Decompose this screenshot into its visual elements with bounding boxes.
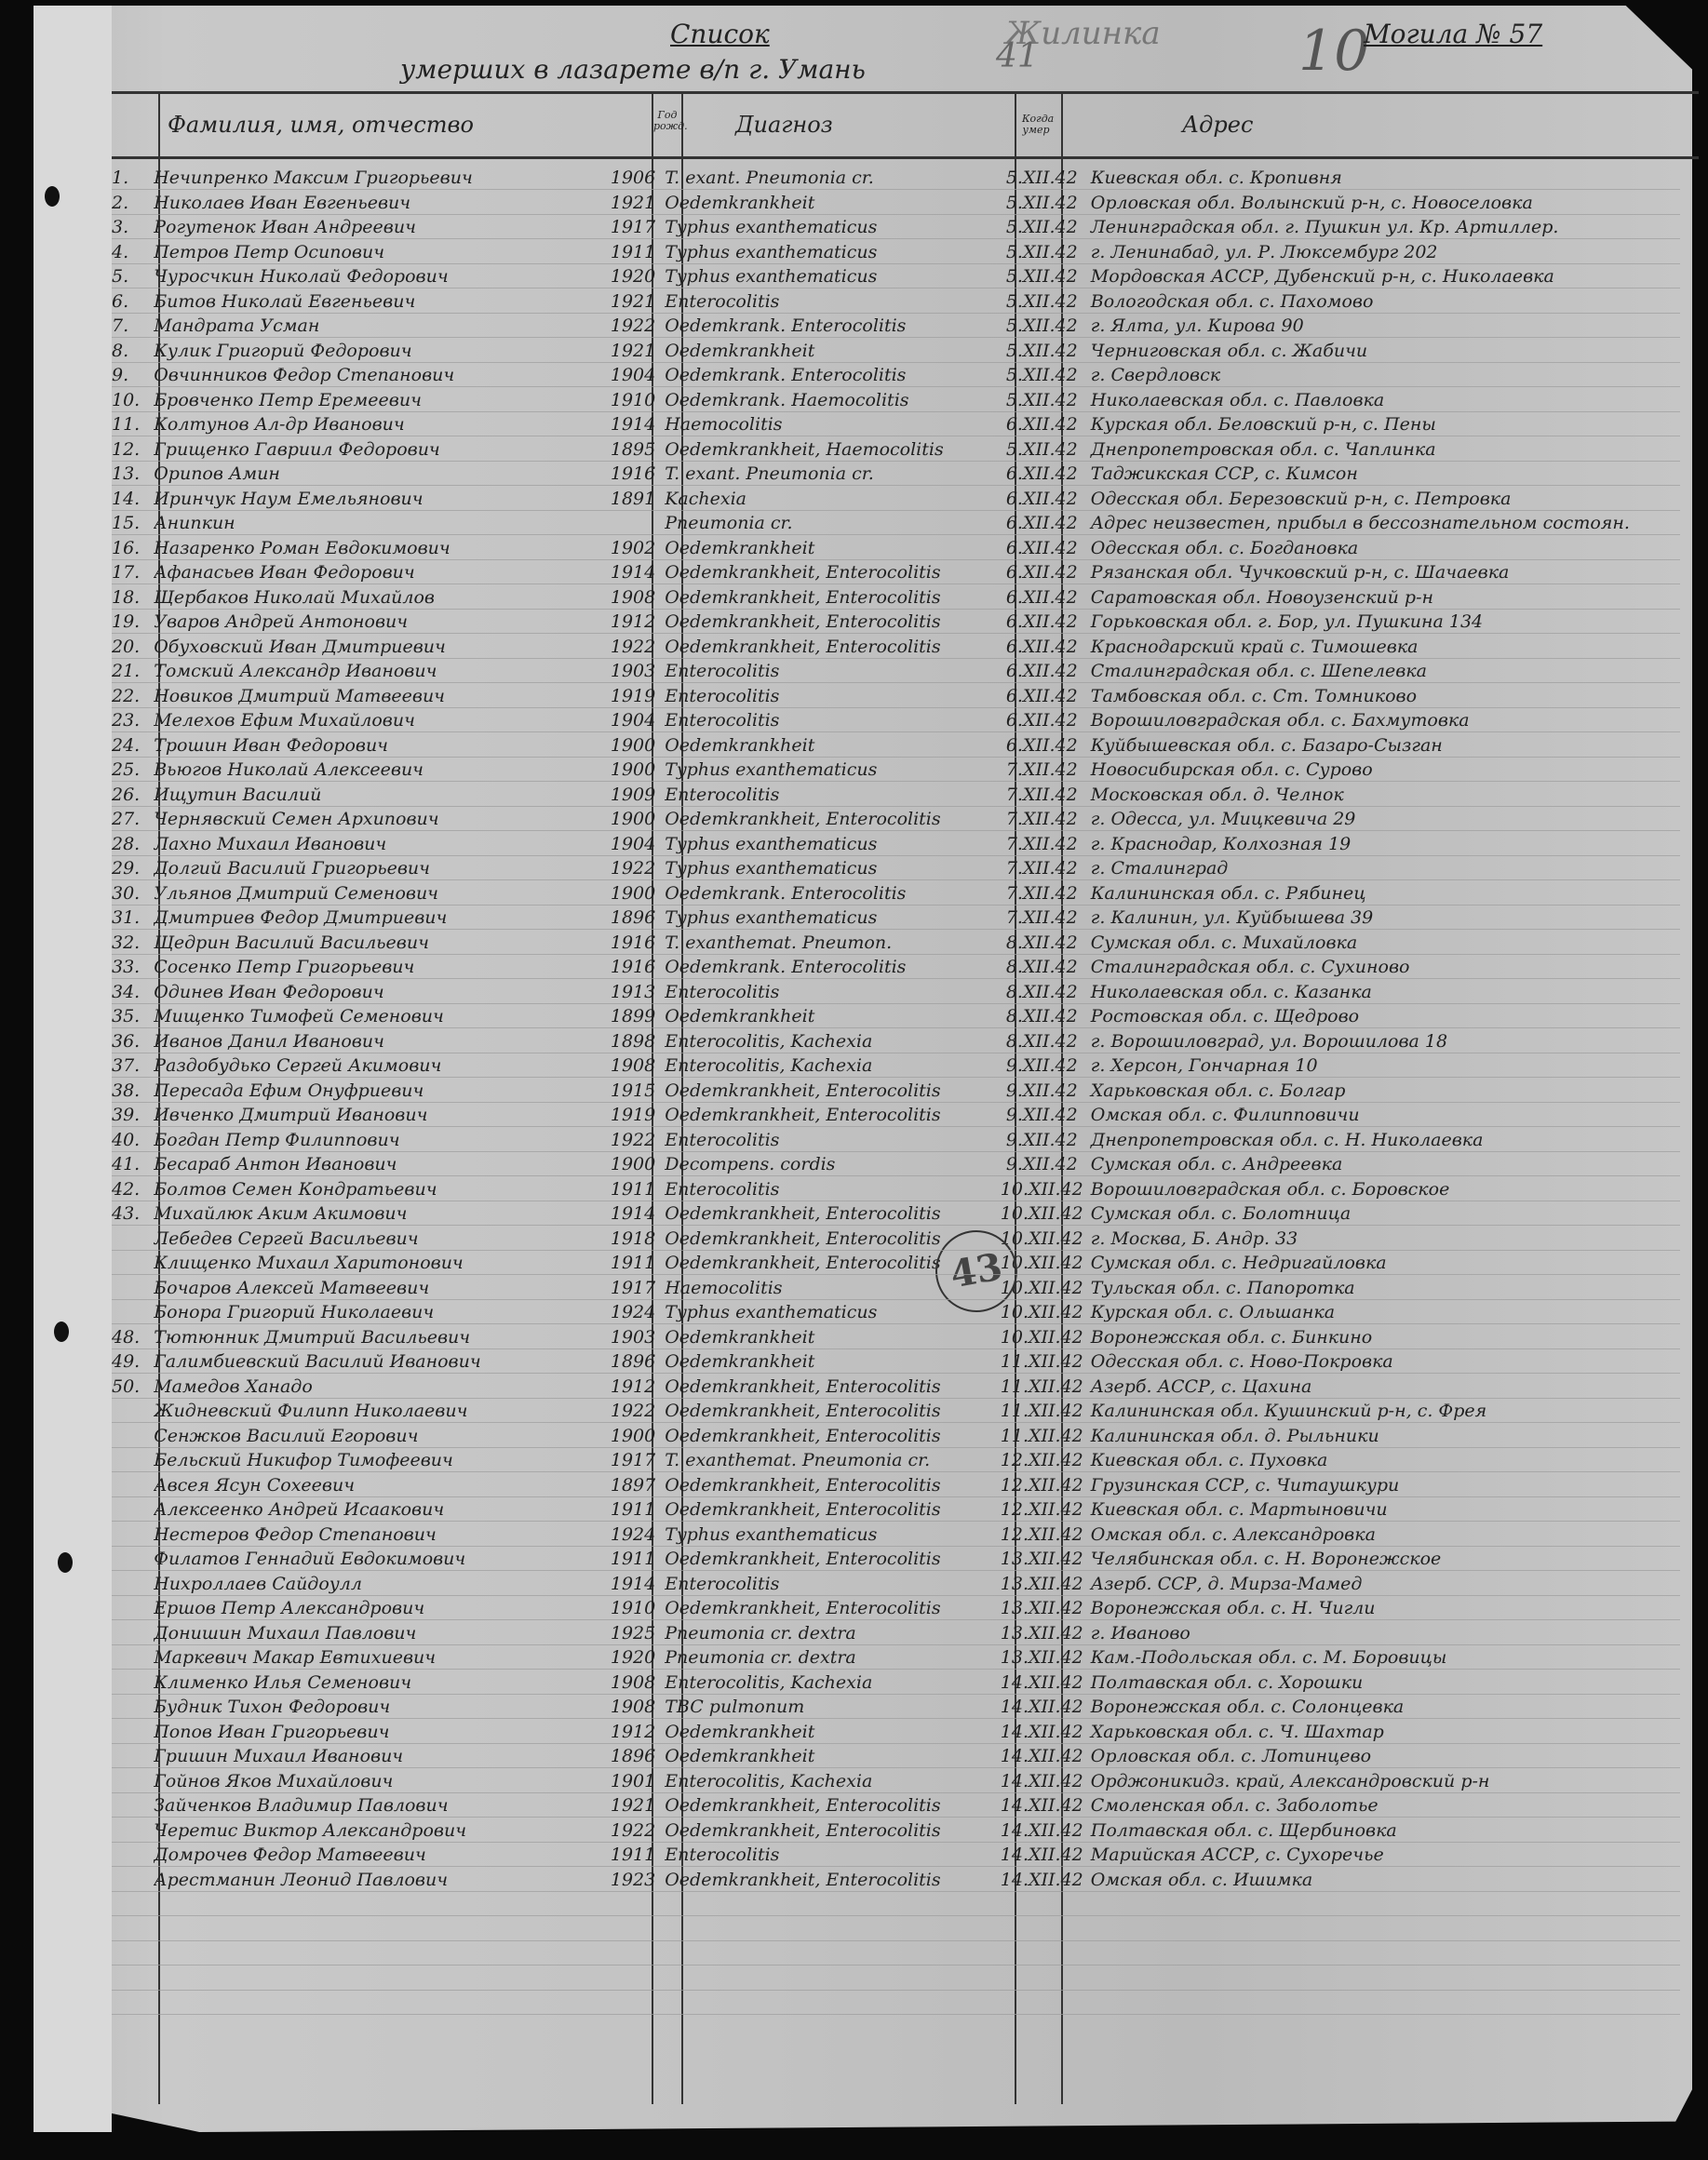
person-name: Щербаков Николай Михайлов (154, 585, 611, 610)
birth-year: 1902 (611, 536, 655, 561)
birth-year: 1896 (611, 1349, 655, 1375)
header-rule-bottom (112, 156, 1699, 159)
row-number: 14. (112, 487, 154, 512)
table-row: 36.Иванов Данил Иванович1898Enterocoliti… (112, 1029, 1708, 1054)
person-name: Ульянов Дмитрий Семенович (154, 881, 611, 906)
diagnosis: Oedemkrankheit, Enterocolitis (655, 585, 1001, 610)
person-name: Гришин Михаил Иванович (154, 1744, 611, 1769)
person-name: Галимбиевский Василий Иванович (154, 1349, 611, 1375)
address: г. Сталинград (1083, 856, 1708, 881)
death-date: 7.XII.42 (1001, 832, 1083, 857)
diagnosis: T. exanthemat. Pneumon. (655, 931, 1001, 956)
row-number (112, 1695, 154, 1720)
diagnosis: Oedemkrankheit (655, 191, 1001, 216)
column-header-name: Фамилия, имя, отчество (168, 112, 474, 138)
ruled-line (112, 1077, 1680, 1078)
birth-year: 1908 (611, 1670, 655, 1696)
birth-year: 1922 (611, 314, 655, 339)
ruled-line (112, 461, 1680, 462)
ruled-line (112, 1323, 1680, 1324)
address: Кам.-Подольская обл. с. М. Боровицы (1083, 1645, 1708, 1670)
address: г. Иваново (1083, 1621, 1708, 1646)
person-name: Маркевич Макар Евтихиевич (154, 1645, 611, 1670)
death-date: 5.XII.42 (1001, 363, 1083, 388)
table-row: 12.Грищенко Гавриил Федорович1895Oedemkr… (112, 437, 1708, 463)
ruled-line (112, 510, 1680, 511)
row-number: 18. (112, 585, 154, 610)
table-row: 19.Уваров Андрей Антонович1912Oedemkrank… (112, 610, 1708, 635)
table-row: 34.Одинев Иван Федорович1913Enterocoliti… (112, 980, 1708, 1005)
death-date: 12.XII.42 (1001, 1448, 1083, 1473)
table-row: 31.Дмитриев Федор Дмитриевич1896Typhus e… (112, 906, 1708, 931)
header-rule-top (112, 91, 1699, 94)
birth-year: 1922 (611, 856, 655, 881)
address: Горьковская обл. г. Бор, ул. Пушкина 134 (1083, 610, 1708, 635)
address: Черниговская обл. с. Жабичи (1083, 339, 1708, 364)
diagnosis: Oedemkrankheit, Enterocolitis (655, 1103, 1001, 1128)
death-date: 8.XII.42 (1001, 1029, 1083, 1054)
row-number: 19. (112, 610, 154, 635)
row-number (112, 1818, 154, 1844)
address: Саратовская обл. Новоузенский р-н (1083, 585, 1708, 610)
row-number (112, 1424, 154, 1449)
address: Орджоникидз. край, Александровский р-н (1083, 1769, 1708, 1794)
ruled-line (112, 1299, 1680, 1300)
ruled-line (112, 214, 1680, 215)
row-number (112, 1497, 154, 1523)
address: Тамбовская обл. с. Ст. Томниково (1083, 684, 1708, 709)
death-date: 6.XII.42 (1001, 560, 1083, 585)
row-number (112, 1621, 154, 1646)
death-date: 14.XII.42 (1001, 1695, 1083, 1720)
row-number: 5. (112, 264, 154, 289)
table-row: 8.Кулик Григорий Федорович1921Oedemkrank… (112, 339, 1708, 364)
person-name: Бельский Никифор Тимофеевич (154, 1448, 611, 1473)
diagnosis: Typhus exanthematicus (655, 856, 1001, 881)
birth-year: 1916 (611, 931, 655, 956)
ruled-line (112, 757, 1680, 758)
diagnosis: Oedemkrankheit, Enterocolitis (655, 1079, 1001, 1104)
death-date: 8.XII.42 (1001, 931, 1083, 956)
row-number: 31. (112, 906, 154, 931)
address: Курская обл. с. Ольшанка (1083, 1300, 1708, 1325)
death-date: 5.XII.42 (1001, 166, 1083, 191)
person-name: Трошин Иван Федорович (154, 733, 611, 758)
address: Ленинградская обл. г. Пушкин ул. Кр. Арт… (1083, 215, 1708, 240)
birth-year: 1910 (611, 388, 655, 413)
person-name: Чуросчкин Николай Федорович (154, 264, 611, 289)
birth-year: 1900 (611, 1424, 655, 1449)
row-number (112, 1645, 154, 1670)
row-number: 27. (112, 807, 154, 832)
pencil-year: 41 (996, 37, 1039, 75)
ruled-line (112, 879, 1680, 880)
ruled-line (112, 1151, 1680, 1152)
diagnosis: Oedemkrankheit, Enterocolitis (655, 1596, 1001, 1621)
birth-year: 1900 (611, 881, 655, 906)
diagnosis: Oedemkrankheit, Enterocolitis (655, 807, 1001, 832)
person-name: Черетис Виктор Александрович (154, 1818, 611, 1844)
table-row: 1.Нечипренко Максим Григорьевич1906T. ex… (112, 166, 1708, 191)
birth-year: 1923 (611, 1868, 655, 1893)
table-row: 27.Чернявский Семен Архипович1900Oedemkr… (112, 807, 1708, 832)
diagnosis: Enterocolitis (655, 783, 1001, 808)
ruled-line (112, 830, 1680, 831)
birth-year: 1900 (611, 807, 655, 832)
birth-year: 1912 (611, 1375, 655, 1400)
birth-year: 1908 (611, 585, 655, 610)
death-date: 7.XII.42 (1001, 758, 1083, 783)
diagnosis: Typhus exanthematicus (655, 264, 1001, 289)
table-row: 14.Иринчук Наум Емельянович1891Kachexia6… (112, 487, 1708, 512)
diagnosis: Kachexia (655, 487, 1001, 512)
ruled-line (112, 905, 1680, 906)
row-number: 42. (112, 1177, 154, 1202)
diagnosis: TBC pulmonum (655, 1695, 1001, 1720)
person-name: Вьюгов Николай Алексеевич (154, 758, 611, 783)
table-row: 23.Мелехов Ефим Михайлович1904Enterocoli… (112, 708, 1708, 733)
address: Рязанская обл. Чучковский р-н, с. Шачаев… (1083, 560, 1708, 585)
diagnosis: Typhus exanthematicus (655, 906, 1001, 931)
diagnosis: Typhus exanthematicus (655, 832, 1001, 857)
death-date: 14.XII.42 (1001, 1769, 1083, 1794)
death-date: 12.XII.42 (1001, 1497, 1083, 1523)
birth-year: 1911 (611, 1843, 655, 1868)
diagnosis: Enterocolitis, Kachexia (655, 1053, 1001, 1079)
row-number: 38. (112, 1079, 154, 1104)
punch-hole (58, 1552, 73, 1573)
ruled-line (112, 288, 1680, 288)
death-date: 5.XII.42 (1001, 240, 1083, 265)
person-name: Бесараб Антон Иванович (154, 1152, 611, 1177)
address: Ростовская обл. с. Щедрово (1083, 1004, 1708, 1029)
ruled-line (112, 855, 1680, 856)
table-row: Донишин Михаил Павлович1925Pneumonia cr.… (112, 1621, 1708, 1646)
death-date: 7.XII.42 (1001, 807, 1083, 832)
diagnosis: Enterocolitis (655, 659, 1001, 684)
death-date: 6.XII.42 (1001, 585, 1083, 610)
ruled-line (112, 1250, 1680, 1251)
address: Воронежская обл. с. Бинкино (1083, 1325, 1708, 1350)
death-date: 6.XII.42 (1001, 659, 1083, 684)
ruled-line (112, 1521, 1680, 1522)
table-row: Гойнов Яков Михайлович1901Enterocolitis,… (112, 1769, 1708, 1794)
table-row: Ершов Петр Александрович1910Oedemkrankhe… (112, 1596, 1708, 1621)
ruled-line (112, 1718, 1680, 1719)
death-date: 11.XII.42 (1001, 1399, 1083, 1424)
address: г. Ялта, ул. Кирова 90 (1083, 314, 1708, 339)
ruled-line (112, 436, 1680, 436)
death-date: 10.XII.42 (1001, 1201, 1083, 1227)
birth-year: 1896 (611, 1744, 655, 1769)
address: Адрес неизвестен, прибыл в бессознательн… (1083, 511, 1708, 536)
ruled-line (112, 1102, 1680, 1103)
table-row: 2.Николаев Иван Евгеньевич1921Oedemkrank… (112, 191, 1708, 216)
death-date: 9.XII.42 (1001, 1128, 1083, 1153)
ruled-line (112, 1842, 1680, 1843)
person-name: Долгий Василий Григорьевич (154, 856, 611, 881)
birth-year: 1911 (611, 1497, 655, 1523)
diagnosis: Pneumonia cr. dextra (655, 1621, 1001, 1646)
death-date: 10.XII.42 (1001, 1177, 1083, 1202)
diagnosis: Oedemkrankheit (655, 733, 1001, 758)
diagnosis: Enterocolitis, Kachexia (655, 1670, 1001, 1696)
death-date: 6.XII.42 (1001, 684, 1083, 709)
address: Грузинская ССР, с. Читаушкури (1083, 1473, 1708, 1498)
birth-year: 1897 (611, 1473, 655, 1498)
table-row: Лебедев Сергей Васильевич1918Oedemkrankh… (112, 1227, 1708, 1252)
address: Николаевская обл. с. Казанка (1083, 980, 1708, 1005)
person-name: Арестманин Леонид Павлович (154, 1868, 611, 1893)
table-row: 49.Галимбиевский Василий Иванович1896Oed… (112, 1349, 1708, 1375)
diagnosis: Enterocolitis (655, 289, 1001, 315)
birth-year: 1914 (611, 560, 655, 585)
table-row: 13.Орипов Амин1916T. exant. Pneumonia cr… (112, 462, 1708, 487)
birth-year: 1922 (611, 635, 655, 660)
diagnosis: T. exant. Pneumonia cr. (655, 166, 1001, 191)
ruled-line (112, 1126, 1680, 1127)
diagnosis: Oedemkrankheit, Enterocolitis (655, 1547, 1001, 1572)
birth-year: 1911 (611, 1251, 655, 1276)
ruled-line (112, 1053, 1680, 1053)
diagnosis: Enterocolitis, Kachexia (655, 1769, 1001, 1794)
diagnosis: Oedemkrankheit, Enterocolitis (655, 1201, 1001, 1227)
birth-year: 1924 (611, 1300, 655, 1325)
person-name: Рогутенок Иван Андреевич (154, 215, 611, 240)
birth-year: 1920 (611, 1645, 655, 1670)
ruled-line (112, 1422, 1680, 1423)
ruled-line (112, 1965, 1680, 1965)
table-row: 33.Сосенко Петр Григорьевич1916Oedemkran… (112, 955, 1708, 980)
person-name: Щедрин Василий Васильевич (154, 931, 611, 956)
ruled-line (112, 954, 1680, 955)
table-row: 3.Рогутенок Иван Андреевич1917Typhus exa… (112, 215, 1708, 240)
person-name: Кулик Григорий Федорович (154, 339, 611, 364)
ruled-line (112, 1570, 1680, 1571)
row-number: 39. (112, 1103, 154, 1128)
diagnosis: Enterocolitis (655, 1843, 1001, 1868)
row-number: 35. (112, 1004, 154, 1029)
diagnosis: Typhus exanthematicus (655, 1300, 1001, 1325)
birth-year: 1903 (611, 659, 655, 684)
person-name: Жидневский Филипп Николаевич (154, 1399, 611, 1424)
diagnosis: T. exanthemat. Pneumonia cr. (655, 1448, 1001, 1473)
row-number (112, 1572, 154, 1597)
diagnosis: Oedemkrankheit (655, 1349, 1001, 1375)
row-number: 8. (112, 339, 154, 364)
person-name: Сосенко Петр Григорьевич (154, 955, 611, 980)
ruled-line (112, 362, 1680, 363)
diagnosis: Typhus exanthematicus (655, 215, 1001, 240)
column-header-date: Когда умер (1022, 114, 1050, 136)
diagnosis: Pneumonia cr. (655, 511, 1001, 536)
diagnosis: Oedemkrank. Enterocolitis (655, 955, 1001, 980)
birth-year: 1900 (611, 758, 655, 783)
address: Одесская обл. с. Ново-Покровка (1083, 1349, 1708, 1375)
row-number (112, 1793, 154, 1818)
address: Смоленская обл. с. Заболотье (1083, 1793, 1708, 1818)
ruled-line (112, 1619, 1680, 1620)
person-name: Мандрата Усман (154, 314, 611, 339)
birth-year: 1904 (611, 832, 655, 857)
table-row: 7.Мандрата Усман1922Oedemkrank. Enteroco… (112, 314, 1708, 339)
ruled-line (112, 1471, 1680, 1472)
ruled-line (112, 1546, 1680, 1547)
row-number: 43. (112, 1201, 154, 1227)
death-date: 7.XII.42 (1001, 856, 1083, 881)
table-row: 10.Бровченко Петр Еремеевич1910Oedemkran… (112, 388, 1708, 413)
table-row: 16.Назаренко Роман Евдокимович1902Oedemk… (112, 536, 1708, 561)
punch-hole (54, 1321, 69, 1342)
table-row: 24.Трошин Иван Федорович1900Oedemkrankhe… (112, 733, 1708, 758)
row-number: 26. (112, 783, 154, 808)
diagnosis: Oedemkrankheit, Haemocolitis (655, 437, 1001, 463)
address: Киевская обл. с. Пуховка (1083, 1448, 1708, 1473)
birth-year: 1904 (611, 363, 655, 388)
table-row: Зайченков Владимир Павлович1921Oedemkran… (112, 1793, 1708, 1818)
ruled-line (112, 658, 1680, 659)
diagnosis: Decompens. cordis (655, 1152, 1001, 1177)
death-date: 12.XII.42 (1001, 1523, 1083, 1548)
table-row: 40.Богдан Петр Филиппович1922Enterocolit… (112, 1128, 1708, 1153)
diagnosis: Oedemkrank. Enterocolitis (655, 314, 1001, 339)
death-date: 7.XII.42 (1001, 906, 1083, 931)
address: Орловская обл. Волынский р-н, с. Новосел… (1083, 191, 1708, 216)
ruled-line (112, 1027, 1680, 1028)
ruled-line (112, 633, 1680, 634)
table-row: 22.Новиков Дмитрий Матвеевич1919Enteroco… (112, 684, 1708, 709)
address: Сумская обл. с. Недригайловка (1083, 1251, 1708, 1276)
ruled-line (112, 1767, 1680, 1768)
person-name: Петров Петр Осипович (154, 240, 611, 265)
ruled-line (112, 1817, 1680, 1818)
death-date: 13.XII.42 (1001, 1596, 1083, 1621)
diagnosis: Oedemkrankheit (655, 1325, 1001, 1350)
address: Ворошиловградская обл. с. Боровское (1083, 1177, 1708, 1202)
ruled-line (112, 337, 1680, 338)
person-name: Иванов Данил Иванович (154, 1029, 611, 1054)
table-row: 9.Овчинников Федор Степанович1904Oedemkr… (112, 363, 1708, 388)
death-date: 11.XII.42 (1001, 1349, 1083, 1375)
ruled-line (112, 929, 1680, 930)
person-name: Донишин Михаил Павлович (154, 1621, 611, 1646)
death-date: 6.XII.42 (1001, 536, 1083, 561)
table-row: 37.Раздобудько Сергей Акимович1908Entero… (112, 1053, 1708, 1079)
birth-year: 1912 (611, 1720, 655, 1745)
address: Вологодская обл. с. Пахомово (1083, 289, 1708, 315)
person-name: Сенжков Василий Егорович (154, 1424, 611, 1449)
death-date: 14.XII.42 (1001, 1818, 1083, 1844)
person-name: Новиков Дмитрий Матвеевич (154, 684, 611, 709)
table-row: Нестеров Федор Степанович1924Typhus exan… (112, 1523, 1708, 1548)
birth-year: 1899 (611, 1004, 655, 1029)
table-row: Клименко Илья Семенович1908Enterocolitis… (112, 1670, 1708, 1696)
row-number: 41. (112, 1152, 154, 1177)
person-name: Пересада Ефим Онуфриевич (154, 1079, 611, 1104)
birth-year: 1895 (611, 437, 655, 463)
table-row: Бочаров Алексей Матвеевич1917Haemocoliti… (112, 1276, 1708, 1301)
death-date: 6.XII.42 (1001, 487, 1083, 512)
person-name: Бонора Григорий Николаевич (154, 1300, 611, 1325)
person-name: Раздобудько Сергей Акимович (154, 1053, 611, 1079)
address: г. Калинин, ул. Куйбышева 39 (1083, 906, 1708, 931)
row-number (112, 1276, 154, 1301)
birth-year: 1915 (611, 1079, 655, 1104)
birth-year: 1909 (611, 783, 655, 808)
ruled-line (112, 1940, 1680, 1941)
ruled-line (112, 1447, 1680, 1448)
person-name: Мамедов Ханадо (154, 1375, 611, 1400)
address: Омская обл. с. Филипповичи (1083, 1103, 1708, 1128)
person-name: Мищенко Тимофей Семенович (154, 1004, 611, 1029)
death-date: 6.XII.42 (1001, 462, 1083, 487)
ruled-line (112, 584, 1680, 584)
table-row: Авсея Ясун Сохеевич1897Oedemkrankheit, E… (112, 1473, 1708, 1498)
death-date: 5.XII.42 (1001, 215, 1083, 240)
address: г. Ворошиловград, ул. Ворошилова 18 (1083, 1029, 1708, 1054)
death-date: 14.XII.42 (1001, 1720, 1083, 1745)
ruled-line (112, 1669, 1680, 1670)
person-name: Михайлюк Аким Акимович (154, 1201, 611, 1227)
person-name: Болтов Семен Кондратьевич (154, 1177, 611, 1202)
birth-year: 1921 (611, 191, 655, 216)
row-number: 49. (112, 1349, 154, 1375)
address: Одесская обл. с. Богдановка (1083, 536, 1708, 561)
birth-year: 1911 (611, 240, 655, 265)
person-name: Колтунов Ал-др Иванович (154, 412, 611, 437)
person-name: Орипов Амин (154, 462, 611, 487)
person-name: Богдан Петр Филиппович (154, 1128, 611, 1153)
person-name: Филатов Геннадий Евдокимович (154, 1547, 611, 1572)
row-number (112, 1720, 154, 1745)
person-name: Афанасьев Иван Федорович (154, 560, 611, 585)
death-date: 14.XII.42 (1001, 1744, 1083, 1769)
row-number (112, 1251, 154, 1276)
row-number: 10. (112, 388, 154, 413)
ruled-line (112, 806, 1680, 807)
person-name: Лахно Михаил Иванович (154, 832, 611, 857)
death-date: 14.XII.42 (1001, 1868, 1083, 1893)
death-date: 6.XII.42 (1001, 511, 1083, 536)
address: Днепропетровская обл. с. Чаплинка (1083, 437, 1708, 463)
birth-year: 1916 (611, 955, 655, 980)
birth-year: 1924 (611, 1523, 655, 1548)
address: Омская обл. с. Александровка (1083, 1523, 1708, 1548)
death-date: 5.XII.42 (1001, 264, 1083, 289)
diagnosis: Oedemkrankheit, Enterocolitis (655, 1473, 1001, 1498)
ruled-line (112, 1274, 1680, 1275)
row-number: 21. (112, 659, 154, 684)
ruled-line (112, 1990, 1680, 1991)
row-number (112, 1399, 154, 1424)
death-date: 8.XII.42 (1001, 980, 1083, 1005)
address: Николаевская обл. с. Павловка (1083, 388, 1708, 413)
death-date: 5.XII.42 (1001, 339, 1083, 364)
death-date: 9.XII.42 (1001, 1053, 1083, 1079)
ruled-line (112, 1595, 1680, 1596)
death-date: 11.XII.42 (1001, 1375, 1083, 1400)
birth-year: 1921 (611, 1793, 655, 1818)
ruled-line (112, 1891, 1680, 1892)
row-number (112, 1769, 154, 1794)
diagnosis: Oedemkrankheit, Enterocolitis (655, 1793, 1001, 1818)
table-row: Бонора Григорий Николаевич1924Typhus exa… (112, 1300, 1708, 1325)
diagnosis: Oedemkrankheit, Enterocolitis (655, 635, 1001, 660)
table-row: 26.Ищутин Василий1909Enterocolitis7.XII.… (112, 783, 1708, 808)
row-number (112, 1670, 154, 1696)
table-row: Филатов Геннадий Евдокимович1911Oedemkra… (112, 1547, 1708, 1572)
row-number (112, 1523, 154, 1548)
